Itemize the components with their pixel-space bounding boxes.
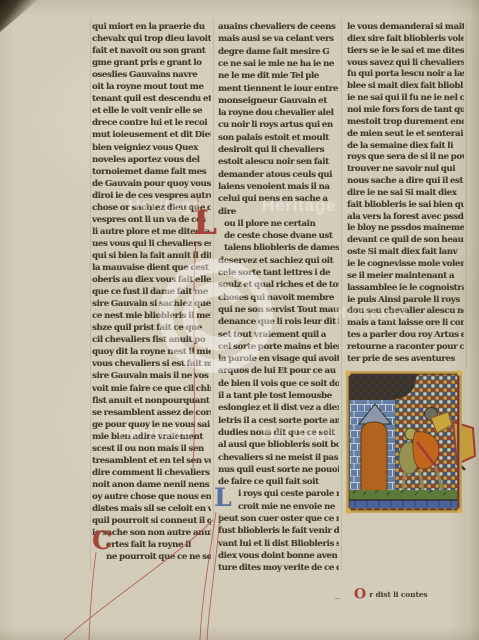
text-line: deservez et sachiez qui oit [218,256,339,267]
text-line: oberis au diex vous fait elle [92,275,211,286]
text-line: son palais estoit et moult [218,133,339,144]
text-line: tiers se ie le sai et me dites se [347,46,464,57]
text-line: gme grant pris e grant lo [92,58,211,69]
text-line: oy autre chose que nous en [92,492,211,503]
text-line: nus quil eust sorte ne pouoir [218,465,339,476]
text-line: degre dame fait mesire G [218,47,339,58]
text-line: noit anon dame nenil nens [92,480,211,491]
text-line: nous sache a dire qui il est [347,176,464,187]
text-line: ie puis Ainsi parole li roys [347,295,464,306]
text-line: oseslies Gauvains navre [92,70,211,81]
text-line: demander atous ceuls qui [218,170,339,181]
text-line: scest il ou non mais il sen [92,444,211,455]
grass [349,490,459,500]
text-line: vous savez qui li chevaliers [347,58,464,69]
text-line: vant lui et li dist Bliobleris se [218,539,339,550]
text-line: et elle le voit venir elle se [92,106,211,117]
text-line: tenant quil est descendu et [92,94,211,105]
text-line: ou il plore ne certain [218,219,339,230]
text-line: estoit alescu noir sen fait [218,157,339,168]
ruling-line [466,18,467,368]
blue-drop-cap-L: L [214,485,232,510]
red-drop-cap-C: C [92,528,112,553]
text-line: mut ioieusement et dit Dieu [92,130,211,141]
text-line: distes mais sil se celoit en vide [92,504,211,515]
text-line: ie le cognevisse mole volentiers [347,259,464,270]
text-line: monseigneur Gauvain et [218,96,339,107]
text-line: tresamblent et en tel sen vont [92,456,211,467]
text-line: letris il a cest sorte porte anus [218,416,339,427]
corner-knob [458,509,463,514]
text-line: cel sorte porte mains et bien [218,342,339,353]
margin-mark: ~ [334,594,341,603]
text-line: soulz et qual riches et de toute [218,280,339,291]
text-line: ter prie de ses aventures [347,354,464,365]
text-line: la royne dou chevalier alel [218,108,339,119]
text-line: mais ausi se va celant vers [218,34,339,45]
text-line: talens bliobleris de dames vo [218,243,339,254]
text-line: bien veigniez vous Quex [92,143,211,154]
text-line: cele sorte tant lettres i de [218,268,339,279]
text-line: la mauvaise dient que cest bu [92,263,211,274]
text-line: ce nest mie bliobleris il meisme [92,311,211,322]
text-line: trouver ne savoir nul qui [347,164,464,175]
text-line: eslongiez et li dist vez a diex [218,403,339,414]
base-bar [347,500,461,508]
text-column-left: qui miort en la praerie duchevalx qui tr… [92,22,211,582]
text-line: mie bien adire vraiement [92,432,211,443]
text-line: de mien seut ie et senterai tou [347,129,464,140]
text-line: ge pour quoy ie ne vous sai [92,420,211,431]
text-line: fait et navoit ou son grant [92,46,211,57]
text-line: croit mie ne envoie ne [218,502,339,513]
text-line: devant ce quil de son heaume [347,235,464,246]
text-line: cil chevaliers fist anuit po [92,335,211,346]
text-line: tornoiemet dame fait mes [92,167,211,178]
red-drop-cap-L: L [193,206,217,240]
text-line: fait bliobleris ie sai bien qui se [347,200,464,211]
text-line: qui si bien la fait anuit il dit [92,251,211,262]
text-line: laiens venoient mais il na [218,182,339,193]
text-line: sbze quil prist fait ce que [92,323,211,334]
text-line: de ceste chose dvane ust [218,231,339,242]
text-line: diex vous doint bonne aven [218,551,339,562]
text-line: noveles aportez vous del [92,155,211,166]
corner-knob [346,371,351,376]
text-line: diex sire fait bliobleris volen [347,34,464,45]
text-line: desiroit qui li chevaliers [218,145,339,156]
castle-door [361,422,387,498]
text-line: arquos de lui Et pour ce au [218,366,339,377]
text-line: il a tant ple tost lemousbe [218,391,339,402]
text-line: ce ne sai ie mie ne ha ie ne [218,59,339,70]
text-line: ne le me dit mie Tel ple [218,71,339,82]
text-line: fist anuit et nonpourquant il [92,396,211,407]
text-line: fust bliobleris le fait venir de [218,526,339,537]
ruling-line [90,18,91,570]
text-line: se resamblent assez de corsa [92,408,211,419]
text-line: cu noir li roys artus qui en [218,120,339,131]
text-line: ture dites moy verite de ce q [218,563,339,574]
text-line: blee si mait diex fait bliobl [347,81,464,92]
catchword: Or dist li contes [354,584,428,602]
text-line: drece contre lui et le recoi [92,118,211,129]
text-line: le bloy ne pssdos mainemet [347,223,464,234]
text-line: retourne a raconter pour con [347,342,464,353]
text-line: ie ne sai qui il fu ne ie nel cog [347,93,464,104]
text-line: chevalx qui trop dieu lavoit [92,34,211,45]
text-line: peut son cuer oster que ce ne [218,514,339,525]
text-line: i roys qui ceste parole ne [218,489,339,500]
text-line: celui qui nens en sache a [218,194,339,205]
text-line: chevaliers si ne meist il pas a [218,453,339,464]
text-line: choses qui navoit membre [218,293,339,304]
text-line: sire Gauvain mais il ne vos [92,371,211,382]
corner-knob [346,509,351,514]
text-line: auains chevaliers de ceens [218,22,339,33]
text-line: la parole en visage qui avoit [218,354,339,365]
text-line: sire Gauvain si sachiez que [92,299,211,310]
text-line: voit mie faire ce que cil chlr [92,384,211,395]
text-line: qui miort en la praerie du [92,22,211,33]
text-line: qui ne son servist Tout mau [218,305,339,316]
text-line: set tout vraiement quil a [218,330,339,341]
text-line: le vous demanderai si mait [347,22,464,33]
text-line: lassamblee ie le cognoistrai se [347,283,464,294]
text-line: oste Si mait diex fait lanv [347,247,464,258]
text-line: oit la royne mout tout me [92,82,211,93]
text-line: de Gauvain pour quoy vous [92,179,211,190]
protruding-shield [453,422,475,464]
catchword-text: r dist li contes [369,590,427,599]
text-line: de faire ce quil fait soit [218,477,339,488]
text-line: tes a parler dou roy Artus et [347,330,464,341]
text-column-center: auains chevaliers de ceensmais ausi se v… [218,22,339,582]
text-line: roys que sera de si il ne povons [347,152,464,163]
text-line: fu qui porta lescu noir a las [347,69,464,80]
text-line: de bien il vois que ce soit dont [218,379,339,390]
text-line: de la semaine diex fait li [347,141,464,152]
text-column-right: le vous demanderai si maitdiex sire fait… [347,22,464,372]
text-line: dou seu chevalier alescu noir [347,306,464,317]
text-line: dudies nous dit que ce soit [218,428,339,439]
text-line: dire ie ne sai Si mait diex [347,188,464,199]
text-line: ala vers la forest avec pssdos [347,212,464,223]
corner-knob [458,371,463,376]
text-line: vous chevaliers si est fait me [92,359,211,370]
text-line: diroi ie de ces vespres autre [92,191,211,202]
text-line: que ce fust il dame fait me [92,287,211,298]
text-line: noi mie fors fors de tant qui [347,105,464,116]
text-line: ment tiennent le iour entre [218,84,339,95]
ruling-line [341,18,342,570]
text-line: mais a tant laisse ore li con [347,318,464,329]
catchword-initial-O: O [354,587,366,603]
text-line: se il meier maintenant a [347,271,464,282]
text-line: quoy dit la royne nest il mie [92,347,211,358]
text-line: denance que li rois leur dit il [218,317,339,328]
text-line: dire comment li chevaliers a [92,468,211,479]
text-line: al ausi que bliobleris soit bons [218,440,339,451]
text-line: dire [218,207,339,218]
text-line: mestoit trop durement enco [347,117,464,128]
illuminated-miniature [345,370,477,516]
